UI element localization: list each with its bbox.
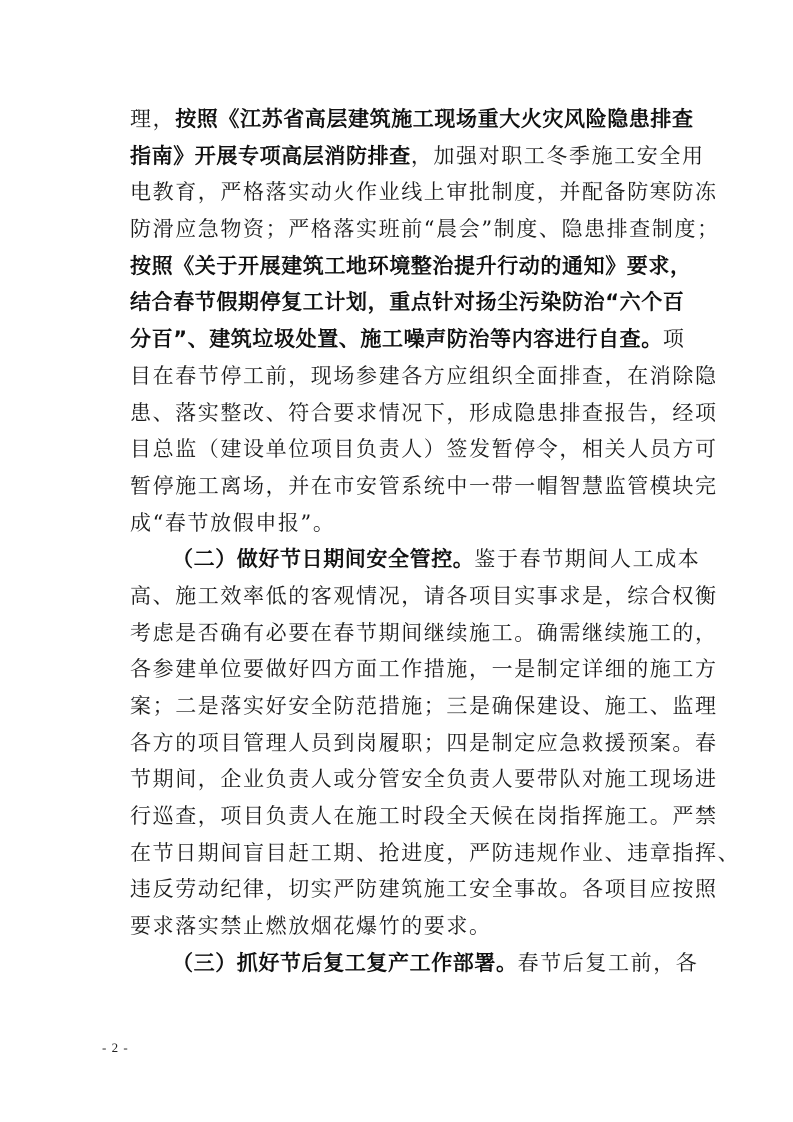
- text-line: 各方的项目管理人员到岗履职；四是制定应急救援预案。春: [130, 725, 678, 762]
- text-segment: 项: [663, 327, 686, 351]
- text-line: 行巡查，项目负责人在施工时段全天候在岗指挥施工。严禁: [130, 798, 678, 835]
- text-line: 结合春节假期停复工计划，重点针对扬尘污染防治“六个百: [130, 284, 678, 321]
- text-segment: 成“春节放假申报”。: [130, 511, 335, 535]
- text-segment: 在节日期间盲目赶工期、抢进度，严防违规作业、违章指挥、: [130, 841, 740, 865]
- text-line: 各参建单位要做好四方面工作措施，一是制定详细的施工方: [130, 651, 678, 688]
- bold-text-segment: 结合春节假期停复工计划，重点针对扬尘污染防治“六个百: [130, 290, 684, 314]
- text-segment: 行巡查，项目负责人在施工时段全天候在岗指挥施工。严禁: [130, 804, 718, 828]
- bold-text-segment: 指南》开展专项高层消防排查: [130, 144, 411, 168]
- text-line: 案；二是落实好安全防范措施；三是确保建设、施工、监理: [130, 688, 678, 725]
- text-segment: 要求落实禁止燃放烟花爆竹的要求。: [130, 914, 492, 938]
- bold-text-segment: 分百”、建筑垃圾处置、施工噪声防治等内容进行自查。: [130, 327, 663, 351]
- text-segment: 暂停施工离场，并在市安管系统中一带一帽智慧监管模块完: [130, 474, 718, 498]
- document-body: 理，按照《江苏省高层建筑施工现场重大火灾风险隐患排查指南》开展专项高层消防排查，…: [130, 101, 678, 982]
- text-line: 高、施工效率低的客观情况，请各项目实事求是，综合权衡: [130, 578, 678, 615]
- text-line: 防滑应急物资；严格落实班前“晨会”制度、隐患排查制度；: [130, 211, 678, 248]
- page-number: - 2 -: [102, 1040, 129, 1056]
- text-segment: 违反劳动纪律，切实严防建筑施工安全事故。各项目应按照: [130, 877, 718, 901]
- text-line: 分百”、建筑垃圾处置、施工噪声防治等内容进行自查。项: [130, 321, 678, 358]
- text-line: （三）抓好节后复工复产工作部署。春节后复工前，各: [130, 945, 678, 982]
- text-segment: 电教育，严格落实动火作业线上审批制度，并配备防寒防冻: [130, 180, 718, 204]
- text-segment: 目在春节停工前，现场参建各方应组织全面排查，在消除隐: [130, 364, 718, 388]
- text-line: 患、落实整改、符合要求情况下，形成隐患排查报告，经项: [130, 395, 678, 432]
- text-line: 理，按照《江苏省高层建筑施工现场重大火灾风险隐患排查: [130, 101, 678, 138]
- text-line: 指南》开展专项高层消防排查，加强对职工冬季施工安全用: [130, 138, 678, 175]
- text-segment: 春节后复工前，各: [518, 951, 699, 975]
- text-line: 考虑是否确有必要在春节期间继续施工。确需继续施工的，: [130, 615, 678, 652]
- text-line: 违反劳动纪律，切实严防建筑施工安全事故。各项目应按照: [130, 871, 678, 908]
- text-segment: 理，: [130, 107, 175, 131]
- text-segment: ，加强对职工冬季施工安全用: [411, 144, 705, 168]
- text-line: 节期间，企业负责人或分管安全负责人要带队对施工现场进: [130, 761, 678, 798]
- bold-text-segment: 按照《江苏省高层建筑施工现场重大火灾风险隐患排查: [175, 107, 693, 131]
- text-line: 目总监（建设单位项目负责人）签发暂停令，相关人员方可: [130, 431, 678, 468]
- text-line: 成“春节放假申报”。: [130, 505, 678, 542]
- bold-text-segment: （二）做好节日期间安全管控。: [172, 547, 474, 571]
- text-line: （二）做好节日期间安全管控。鉴于春节期间人工成本: [130, 541, 678, 578]
- text-segment: 目总监（建设单位项目负责人）签发暂停令，相关人员方可: [130, 437, 718, 461]
- bold-text-segment: 按照《关于开展建筑工地环境整治提升行动的通知》要求，: [130, 254, 692, 278]
- text-line: 在节日期间盲目赶工期、抢进度，严防违规作业、违章指挥、: [130, 835, 678, 872]
- text-line: 要求落实禁止燃放烟花爆竹的要求。: [130, 908, 678, 945]
- bold-text-segment: （三）抓好节后复工复产工作部署。: [172, 951, 518, 975]
- text-segment: 案；二是落实好安全防范措施；三是确保建设、施工、监理: [130, 694, 718, 718]
- text-segment: 考虑是否确有必要在春节期间继续施工。确需继续施工的，: [130, 621, 718, 645]
- text-line: 目在春节停工前，现场参建各方应组织全面排查，在消除隐: [130, 358, 678, 395]
- text-segment: 各参建单位要做好四方面工作措施，一是制定详细的施工方: [130, 657, 718, 681]
- text-segment: 各方的项目管理人员到岗履职；四是制定应急救援预案。春: [130, 731, 718, 755]
- document-page: 理，按照《江苏省高层建筑施工现场重大火灾风险隐患排查指南》开展专项高层消防排查，…: [0, 0, 793, 1122]
- text-line: 按照《关于开展建筑工地环境整治提升行动的通知》要求，: [130, 248, 678, 285]
- text-line: 暂停施工离场，并在市安管系统中一带一帽智慧监管模块完: [130, 468, 678, 505]
- text-segment: 患、落实整改、符合要求情况下，形成隐患排查报告，经项: [130, 401, 718, 425]
- text-segment: 高、施工效率低的客观情况，请各项目实事求是，综合权衡: [130, 584, 718, 608]
- text-segment: 节期间，企业负责人或分管安全负责人要带队对施工现场进: [130, 767, 718, 791]
- text-segment: 鉴于春节期间人工成本: [474, 547, 700, 571]
- text-line: 电教育，严格落实动火作业线上审批制度，并配备防寒防冻: [130, 174, 678, 211]
- text-segment: 防滑应急物资；严格落实班前“晨会”制度、隐患排查制度；: [130, 217, 720, 241]
